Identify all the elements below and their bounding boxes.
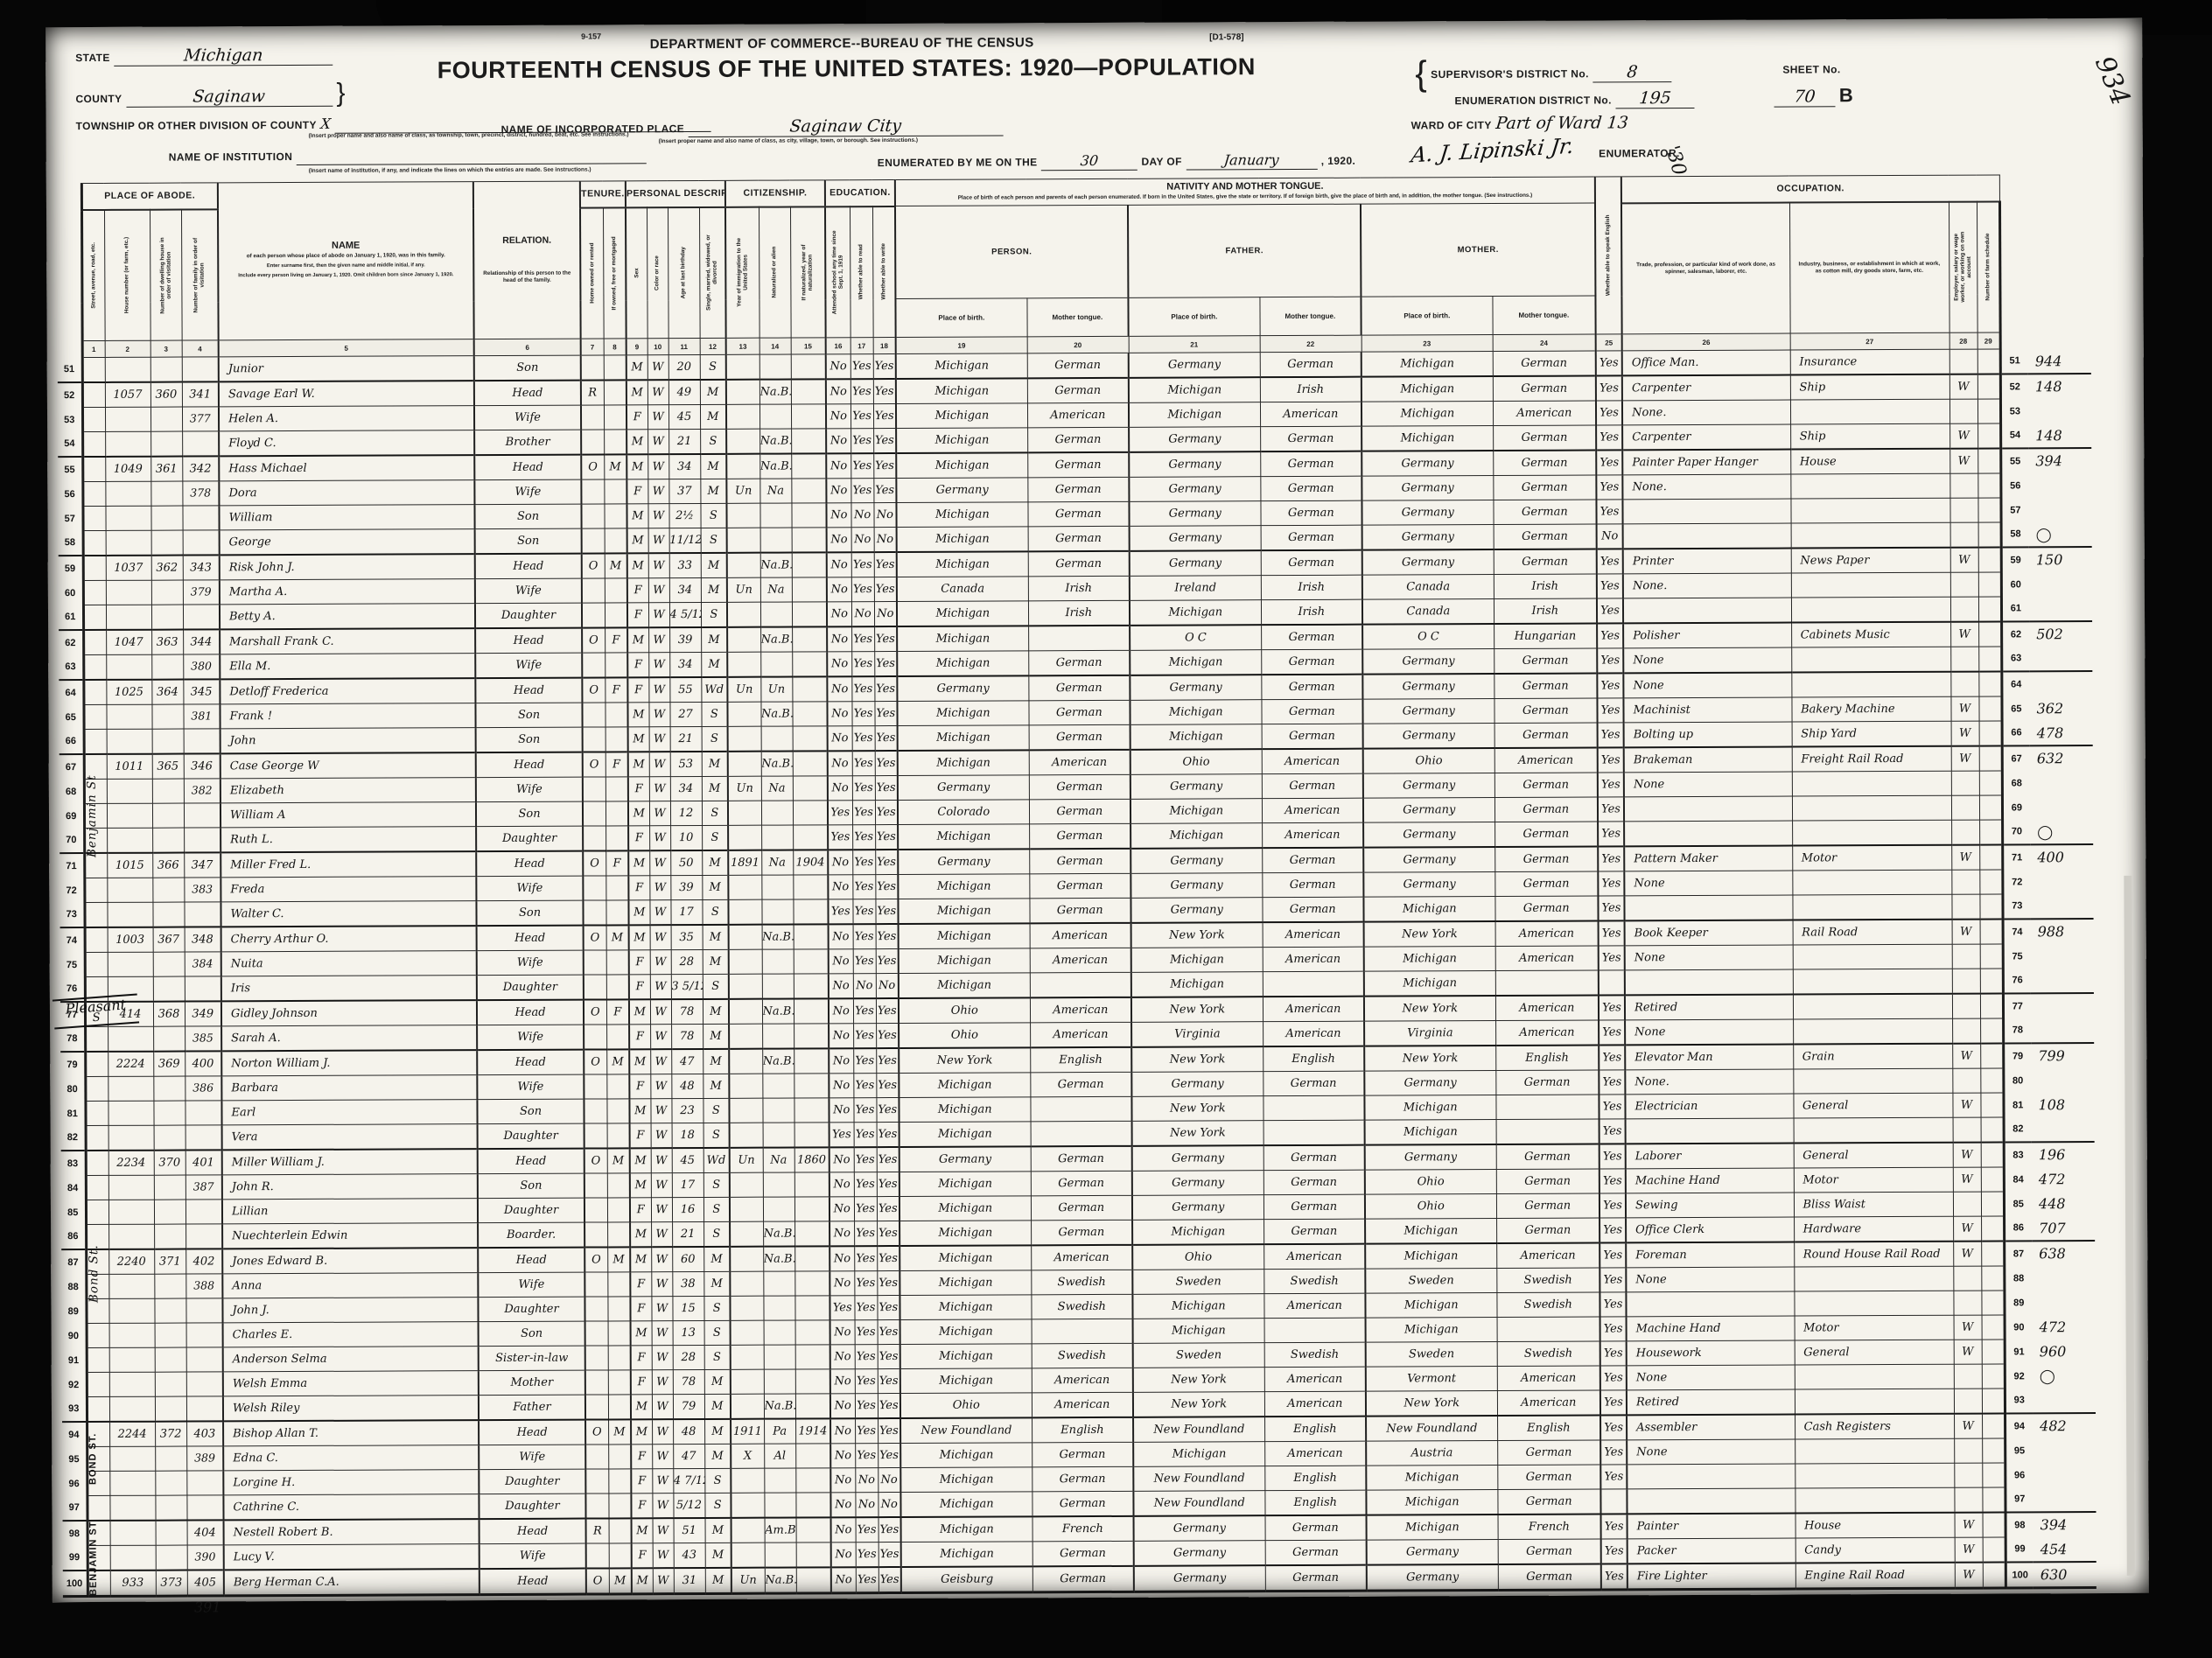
cell-color-race: W [651, 1272, 672, 1297]
cell-father-place-of-birth: Michigan [1130, 724, 1262, 750]
cell-dwelling-number: 365 [152, 754, 184, 780]
cell-naturalization: Na.B. [760, 702, 792, 726]
cell-name: Savage Earl W. [219, 381, 474, 407]
margin-tally-number: 454 [2033, 1537, 2096, 1563]
cell-dwelling-number [152, 803, 184, 828]
cell-tenure-owned-rented: O [582, 677, 605, 703]
cell-marital-status: M [704, 1419, 731, 1445]
cell-naturalization: Un [760, 677, 792, 703]
cell-tenure-owned-rented [582, 703, 605, 727]
cell-father-place-of-birth: Michigan [1133, 1319, 1264, 1344]
sheet-header: STATE Michigan COUNTY Saginaw } TOWNSHIP… [45, 18, 2143, 183]
cell-place-of-birth: Michigan [897, 527, 1028, 552]
margin-tally-number: 988 [2031, 919, 2094, 944]
cell-name: Miller William J. [222, 1149, 478, 1175]
cell-tenure-mortgage [604, 504, 626, 528]
cell-industry: Bliss Waist [1794, 1192, 1953, 1217]
cell-marital-status: M [701, 652, 727, 677]
cell-immigration-year [729, 1098, 762, 1123]
row-number: 91 [62, 1348, 87, 1373]
cell-house-number [108, 1274, 154, 1298]
cell-age: 10 [670, 825, 702, 850]
cell-farm-schedule [1977, 498, 2000, 522]
cell-can-write: Yes [876, 1048, 899, 1074]
cell-can-write: No [874, 601, 897, 626]
cell-place-of-birth: Michigan [900, 1344, 1032, 1369]
margin-tally-number: 448 [2032, 1192, 2095, 1216]
cell-house-number [108, 952, 153, 976]
cell-sex: F [626, 479, 647, 504]
cell-house-number: 1057 [105, 382, 150, 408]
cell-naturalization-year [791, 503, 826, 528]
cell-family-number [182, 506, 219, 530]
cell-family-number [186, 1396, 223, 1422]
cell-place-of-birth: Michigan [896, 353, 1027, 379]
cell-occupation [1627, 1488, 1795, 1514]
cell-father-place-of-birth: Germany [1130, 675, 1261, 700]
column-mother-tongue: Mother tongue. [1492, 296, 1595, 335]
margin-tally-number [2031, 969, 2094, 994]
cell-can-read: Yes [855, 1369, 878, 1394]
cell-father-mother-tongue: German [1262, 848, 1363, 873]
cell-mother-mother-tongue: Swedish [1497, 1341, 1600, 1367]
column-number: 12 [700, 338, 726, 354]
cell-tenure-mortgage [605, 653, 627, 678]
cell-attended-school: No [830, 1418, 855, 1444]
cell-immigration-year: Un [731, 1568, 765, 1594]
cell-father-mother-tongue: Irish [1261, 575, 1362, 600]
cell-farm-schedule [1980, 969, 2003, 994]
cell-mother-mother-tongue: Swedish [1496, 1292, 1599, 1318]
cell-name: Barbara [221, 1075, 477, 1101]
cell-mother-place-of-birth: Michigan [1366, 1466, 1497, 1491]
cell-speaks-english: Yes [1598, 797, 1624, 822]
cell-place-of-birth: Michigan [897, 601, 1028, 626]
cell-occupation: Retired [1625, 995, 1793, 1020]
cell-marital-status: S [704, 1345, 731, 1369]
cell-wage-worker [1953, 1117, 1981, 1143]
cell-age: 23 [671, 1098, 703, 1123]
cell-farm-schedule [1980, 1018, 2003, 1044]
cell-speaks-english [1599, 970, 1625, 996]
cell-family-number: 390 [187, 1545, 224, 1571]
cell-can-write: Yes [878, 1344, 900, 1368]
row-number-right: 100 [2005, 1562, 2033, 1588]
cell-can-write: Yes [878, 1418, 900, 1444]
cell-marital-status: S [704, 1320, 731, 1345]
cell-farm-schedule [1982, 1389, 2005, 1414]
cell-can-read: Yes [850, 429, 873, 454]
cell-house-number: 1011 [107, 754, 152, 780]
cell-name: William A [220, 802, 476, 828]
cell-occupation: None [1623, 673, 1791, 698]
cell-father-place-of-birth: Michigan [1130, 799, 1262, 824]
year-label: , 1920. [1321, 155, 1356, 167]
cell-name: Frank ! [220, 703, 475, 729]
cell-age: 39 [669, 627, 701, 653]
cell-naturalization: Na [760, 577, 792, 602]
cell-place-of-birth: Michigan [896, 428, 1027, 453]
cell-relation: Wife [474, 479, 581, 505]
cell-color-race: W [651, 1198, 672, 1222]
cell-immigration-year [730, 1221, 763, 1247]
cell-place-of-birth: Geisburg [901, 1566, 1032, 1592]
cell-occupation: Assembler [1627, 1415, 1795, 1440]
cell-speaks-english: Yes [1599, 1119, 1626, 1144]
cell-speaks-english: Yes [1598, 896, 1624, 921]
margin-tally-number: 799 [2031, 1043, 2094, 1068]
cell-farm-schedule [1979, 771, 2002, 795]
cell-naturalization [761, 726, 793, 752]
cell-age: 47 [671, 1049, 703, 1074]
cell-relation: Head [477, 1000, 584, 1025]
cell-tenure-mortgage [606, 950, 629, 975]
cell-naturalization-year [794, 1074, 829, 1098]
cell-father-mother-tongue: German [1262, 897, 1363, 922]
cell-dwelling-number [151, 530, 183, 556]
cell-marital-status: S [703, 1172, 730, 1197]
cell-attended-school: Yes [828, 825, 852, 850]
cell-tenure-mortgage [605, 528, 627, 554]
cell-sex: F [628, 826, 649, 851]
cell-naturalization: Am.B [765, 1518, 796, 1543]
cell-mother-tongue: English [1032, 1417, 1133, 1443]
cell-house-number: 933 [110, 1571, 156, 1597]
cell-dwelling-number: 370 [154, 1151, 185, 1176]
cell-dwelling-number [154, 1224, 185, 1249]
cell-speaks-english [1600, 1489, 1627, 1515]
row-number-right: 86 [2004, 1216, 2032, 1242]
cell-naturalization: Na.B. [759, 380, 791, 405]
cell-tenure-mortgage [605, 876, 628, 900]
cell-father-place-of-birth: Michigan [1129, 402, 1260, 428]
cell-father-mother-tongue: German [1260, 426, 1361, 451]
cell-mother-place-of-birth: Germany [1363, 822, 1494, 848]
cell-age: 49 [668, 380, 700, 405]
margin-tally-number: 394 [2033, 1512, 2096, 1537]
cell-naturalization-year [794, 924, 829, 949]
cell-tenure-owned-rented [583, 900, 605, 926]
census-table: PLACE OF ABODE.NAMEof each person whose … [57, 174, 2096, 1598]
cell-naturalization-year [795, 1369, 830, 1394]
cell-tenure-owned-rented: O [584, 1148, 607, 1173]
cell-immigration-year [729, 1024, 762, 1049]
row-number-right: 87 [2004, 1241, 2032, 1266]
cell-tenure-mortgage [604, 405, 626, 430]
cell-speaks-english: Yes [1599, 1193, 1626, 1218]
cell-wage-worker: W [1953, 1143, 1981, 1168]
cell-mother-place-of-birth: Sweden [1365, 1269, 1496, 1294]
cell-sex: F [626, 405, 647, 430]
cell-color-race: W [648, 578, 669, 603]
cell-mother-mother-tongue: American [1497, 1366, 1600, 1391]
cell-wage-worker: W [1951, 721, 1979, 746]
cell-marital-status: M [704, 1394, 731, 1419]
cell-immigration-year: Un [727, 577, 760, 602]
cell-industry [1795, 1364, 1954, 1389]
group-relation: RELATION.Relationship of this person to … [473, 181, 581, 339]
cell-father-place-of-birth: New York [1131, 1096, 1263, 1122]
row-number-right: 85 [2004, 1192, 2032, 1216]
cell-can-write: Yes [876, 924, 899, 949]
cell-mother-place-of-birth: Michigan [1364, 1095, 1495, 1121]
cell-house-number [106, 605, 151, 630]
cell-naturalization [760, 602, 792, 627]
cell-father-mother-tongue: Irish [1260, 377, 1361, 402]
cell-attended-school: No [829, 1048, 853, 1074]
cell-tenure-mortgage [609, 1518, 632, 1543]
cell-house-number [109, 1396, 155, 1422]
row-number-right: 55 [2000, 448, 2028, 473]
state-value: Michigan [183, 45, 263, 65]
cell-mother-mother-tongue: German [1495, 1070, 1599, 1095]
cell-attended-school: No [827, 552, 851, 577]
cell-tenure-mortgage [606, 1025, 629, 1050]
cell-age: 78 [671, 999, 703, 1025]
cell-name: Case George W [220, 752, 476, 779]
cell-attended-school: No [827, 676, 851, 702]
cell-industry [1795, 1463, 1954, 1488]
cell-wage-worker [1950, 597, 1978, 622]
ward-value: Part of Ward 13 [1494, 113, 1628, 133]
cell-name: Lucy V. [224, 1544, 479, 1571]
cell-mother-tongue: German [1029, 823, 1130, 849]
cell-family-number [186, 1323, 223, 1347]
cell-can-read: Yes [850, 404, 873, 429]
margin-tally-number [2029, 647, 2092, 672]
cell-immigration-year [726, 404, 759, 429]
cell-naturalization: Na.B. [759, 454, 791, 479]
cell-mother-tongue: American [1032, 1368, 1133, 1393]
cell-industry: Ship [1790, 423, 1949, 449]
cell-father-place-of-birth: Germany [1130, 873, 1262, 899]
cell-can-read: No [855, 1468, 878, 1493]
township-value: X [319, 115, 331, 132]
cell-industry [1792, 771, 1951, 796]
cell-occupation: Polisher [1623, 623, 1791, 648]
group-name: NAMEof each person whose place of abode … [218, 182, 474, 340]
township-label: TOWNSHIP OR OTHER DIVISION OF COUNTY [76, 119, 317, 132]
cell-industry [1792, 820, 1951, 845]
cell-place-of-birth: Michigan [896, 378, 1027, 403]
cell-house-number: 1003 [108, 927, 153, 953]
cell-mother-place-of-birth: Michigan [1365, 1243, 1496, 1269]
cell-family-number: 346 [184, 753, 220, 779]
cell-family-number [183, 605, 220, 630]
cell-naturalization-year [792, 552, 827, 577]
enumerated-month: January [1223, 151, 1280, 168]
row-number-right: 90 [2005, 1315, 2033, 1340]
cell-tenure-owned-rented [585, 1469, 608, 1494]
margin-tally-number: 478 [2030, 721, 2093, 746]
cell-naturalization: Na [759, 479, 791, 503]
cell-name: Betty A. [220, 604, 475, 630]
cell-father-mother-tongue [1263, 971, 1364, 997]
cell-age: 4 7/12 [673, 1468, 704, 1493]
row-number: 51 [58, 358, 82, 383]
cell-age: 5/12 [673, 1493, 704, 1518]
cell-dwelling-number [152, 902, 184, 927]
cell-naturalization-year [791, 379, 826, 404]
cell-immigration-year [730, 1271, 763, 1296]
cell-family-number: 385 [185, 1026, 221, 1052]
cell-speaks-english: Yes [1600, 1465, 1627, 1489]
cell-relation: Son [474, 355, 581, 381]
cell-age: 31 [674, 1568, 705, 1594]
cell-naturalization: Na [761, 776, 793, 801]
cell-name: George [220, 529, 475, 556]
cell-family-number: 381 [183, 704, 220, 729]
cell-place-of-birth: Michigan [898, 899, 1029, 924]
cell-place-of-birth: New Foundland [900, 1417, 1032, 1443]
margin-tally-number: 196 [2032, 1142, 2095, 1167]
cell-dwelling-number [152, 878, 184, 902]
cell-tenure-mortgage [608, 1445, 631, 1469]
cell-tenure-mortgage [608, 1469, 631, 1494]
row-number: 94 [62, 1422, 87, 1447]
cell-age: 78 [673, 1369, 704, 1394]
cell-marital-status: M [701, 553, 727, 578]
cell-naturalization-year [796, 1567, 831, 1593]
cell-family-number: 405 [187, 1570, 224, 1596]
cell-tenure-owned-rented: R [581, 380, 604, 405]
cell-immigration-year [727, 602, 760, 627]
enumerated-day: 30 [1080, 152, 1099, 169]
cell-mother-place-of-birth: Michigan [1364, 971, 1495, 997]
cell-industry: Round House Rail Road [1794, 1242, 1953, 1267]
cell-occupation: None [1624, 772, 1792, 797]
cell-farm-schedule [1979, 721, 2002, 746]
column-farm-schedule: Number of farm schedule [1977, 201, 2000, 332]
cell-immigration-year: Un [727, 677, 760, 703]
cell-industry: Cash Registers [1795, 1414, 1954, 1439]
cell-can-read: Yes [850, 379, 873, 404]
cell-family-number: 384 [185, 952, 221, 976]
cell-age: 18 [672, 1123, 703, 1148]
cell-sex: M [626, 454, 647, 479]
cell-can-write: Yes [878, 1368, 900, 1393]
cell-marital-status: S [702, 825, 728, 850]
cell-relation: Wife [476, 876, 583, 901]
cell-house-number: 2240 [108, 1249, 154, 1275]
cell-can-read: Yes [856, 1543, 878, 1568]
cell-tenure-mortgage [606, 1074, 629, 1099]
cell-father-place-of-birth: Germany [1130, 526, 1261, 551]
cell-speaks-english: Yes [1601, 1564, 1627, 1590]
margin-tally-number: 394 [2028, 448, 2091, 473]
cell-occupation [1625, 969, 1793, 995]
cell-age: 27 [669, 702, 701, 726]
cell-place-of-birth: Michigan [900, 1368, 1032, 1394]
cell-color-race: W [648, 528, 669, 554]
cell-house-number: 2234 [108, 1151, 154, 1176]
cell-speaks-english: Yes [1601, 1514, 1627, 1539]
cell-sex: M [629, 999, 650, 1025]
cell-place-of-birth: Germany [897, 675, 1028, 701]
cell-farm-schedule [1980, 944, 2003, 969]
cell-naturalization-year: 1904 [793, 850, 828, 875]
cell-speaks-english: Yes [1600, 1390, 1627, 1416]
cell-naturalization-year [793, 801, 828, 825]
row-number-right: 70 [2002, 820, 2030, 845]
cell-can-read: No [850, 503, 873, 528]
cell-immigration-year [726, 429, 759, 454]
cell-marital-status: M [704, 1444, 731, 1468]
incorporated-place-value: Saginaw City [789, 116, 903, 136]
cell-farm-schedule [1978, 621, 2001, 647]
cell-sex: M [630, 1148, 651, 1173]
cell-speaks-english: Yes [1597, 648, 1623, 674]
cell-immigration-year [730, 1123, 763, 1148]
cell-name: Nestell Robert B. [224, 1519, 479, 1545]
cell-farm-schedule [1977, 423, 2000, 449]
sheet-label: SHEET No. [1782, 63, 1840, 75]
cell-tenure-owned-rented [584, 1222, 607, 1248]
cell-tenure-owned-rented: O [584, 1247, 607, 1272]
cell-family-number: 377 [182, 407, 219, 431]
cell-mother-tongue: American [1030, 997, 1131, 1023]
cell-place-of-birth: Germany [899, 1146, 1031, 1172]
cell-father-mother-tongue: German [1261, 500, 1362, 526]
cell-industry: Engine Rail Road [1795, 1563, 1955, 1589]
cell-house-number [105, 481, 150, 506]
cell-can-write: Yes [873, 379, 896, 404]
cell-wage-worker [1952, 1068, 1980, 1093]
column-mother-tongue: Mother tongue. [1026, 297, 1128, 337]
subgroup-mother: MOTHER. [1361, 203, 1595, 297]
cell-mother-mother-tongue: German [1494, 871, 1598, 897]
cell-mother-place-of-birth: Vermont [1366, 1367, 1497, 1392]
cell-marital-status: M [700, 380, 726, 405]
cell-occupation [1624, 796, 1792, 822]
cell-sex: M [628, 900, 649, 926]
cell-wage-worker: W [1950, 548, 1978, 573]
cell-age: 28 [673, 1345, 704, 1369]
cell-dwelling-number [151, 704, 183, 729]
census-table-wrap: PLACE OF ABODE.NAMEof each person whose … [57, 174, 2130, 1598]
cell-marital-status: M [703, 1247, 730, 1272]
cell-family-number: 386 [185, 1076, 221, 1101]
cell-tenure-mortgage: M [607, 1247, 630, 1272]
row-number: 62 [59, 630, 83, 655]
margin-tally-number [2031, 993, 2094, 1018]
cell-mother-place-of-birth: Germany [1362, 699, 1494, 724]
cell-immigration-year [726, 354, 759, 380]
cell-speaks-english: Yes [1596, 375, 1622, 401]
margin-tally-number [2028, 399, 2091, 423]
cell-age: 13 [673, 1320, 704, 1345]
cell-tenure-owned-rented [584, 975, 606, 1000]
cell-mother-tongue: German [1029, 898, 1130, 923]
cell-can-write: Yes [877, 1221, 899, 1246]
cell-occupation: Pattern Maker [1624, 846, 1792, 871]
cell-can-write: Yes [875, 725, 898, 751]
cell-farm-schedule [1980, 1093, 2003, 1117]
cell-tenure-owned-rented [581, 430, 604, 455]
cell-attended-school: No [827, 602, 851, 627]
cell-tenure-mortgage [605, 777, 628, 801]
row-number: 61 [59, 605, 83, 631]
cell-family-number: 342 [182, 456, 219, 481]
cell-name: Floyd C. [219, 430, 474, 457]
cell-house-number [107, 878, 152, 902]
cell-mother-place-of-birth: Michigan [1365, 1219, 1496, 1244]
cell-mother-tongue: German [1030, 1072, 1131, 1097]
cell-attended-school: No [830, 1493, 855, 1518]
cell-sex: M [626, 430, 647, 455]
cell-relation: Wife [475, 653, 582, 678]
cell-age: 34 [669, 577, 701, 602]
